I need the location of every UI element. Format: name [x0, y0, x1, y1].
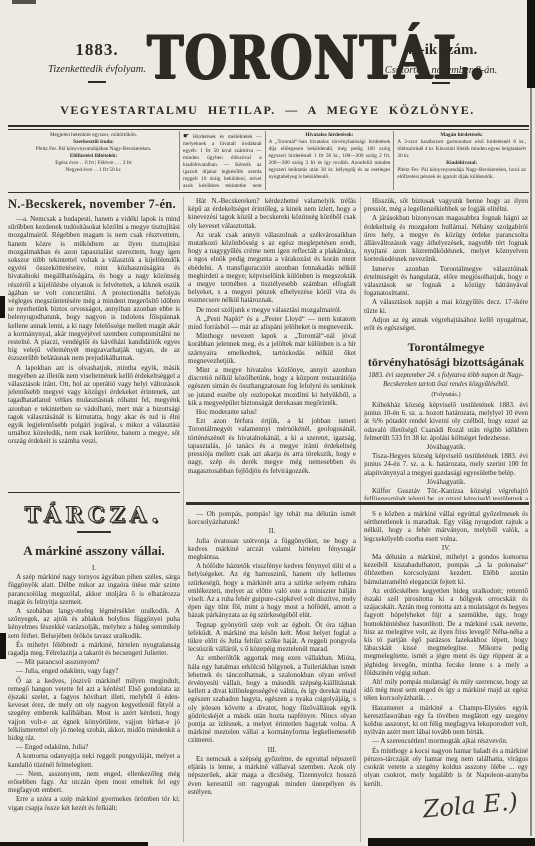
publication-schedule: Megjelen hetenkint egyszer, csütörtökön. [11, 132, 176, 139]
article-dateline: N.-Becskerek, november 7-én. [8, 197, 180, 212]
paragraph: A hófödte háztetők visszfénye kedves fén… [188, 562, 356, 619]
feuilleton-col1-paragraphs: I.A szép márkiné nagy tornyos ágyában pi… [8, 564, 180, 812]
editorial-office-label: Szerkesztői iroda: [11, 139, 176, 146]
paragraph: Minthogy nevezett lapok a „Torontál“-nál… [188, 332, 356, 365]
subscription-terms-label: Előfizetési föltételek: [11, 153, 176, 160]
feuilleton-column-3: S e közben a márkiné vállai egyúttal győ… [364, 510, 528, 844]
lead-col2-paragraphs: Hát N.-Becskereken? kérdezhetné valamely… [188, 197, 356, 475]
private-ads-box: Magán hirdetések: A 3-szor hasábozott ga… [393, 131, 529, 190]
header-rule-thick [8, 125, 529, 127]
assembly-report-heading: Torontálmegye törvényhatósági bizottságá… [366, 340, 526, 369]
paragraph: A szép márkiné nagy tornyos ágyában pihe… [8, 573, 180, 606]
editorial-office-address: Pleitz Fer. Pál könyvnyomdájában Nagy-Be… [11, 146, 176, 153]
pointing-hand-icon: ☛ [183, 132, 189, 140]
decorative-dash [432, 82, 450, 84]
masthead-info-row: Megjelen hetenkint egyszer, csütörtökön.… [8, 131, 529, 190]
scan-artifact-left-blob-1 [0, 296, 5, 318]
paragraph: A komorna odanyujtja neki reggeli pongyo… [8, 752, 180, 768]
paragraph: A választások napját a mai közgyűlés dec… [364, 298, 528, 314]
paragraph: Hisszük, sőt biztosak vagyunk benne hogy… [364, 197, 528, 213]
paragraph: Julia óvatosan szétvonja a függönyöket, … [188, 537, 356, 562]
lead-article-column-1: N.-Becskerek, november 7-én. —a. Nemcsak… [8, 197, 180, 489]
column1-section-rule [8, 492, 180, 493]
paragraph: Ismerve azonban Torontálmegye választóin… [364, 265, 528, 298]
scan-artifact-top-left-speck [12, 0, 36, 4]
column-rule-right [360, 197, 361, 842]
newspaper-subtitle: VEGYESTARTALMU HETILAP. — A MEGYE KÖZLÖN… [0, 103, 535, 118]
paragraph: Adjon az ég annak végrehajtásához kellő … [364, 316, 528, 332]
paragraph: — A szerencsétlen! mormogták ajkai részv… [364, 737, 528, 745]
paragraph: És minthogy a kocsi nagyon hamar haladt … [364, 747, 528, 788]
publisher-office-text: Pleitz Fer. Pál könyvnyomdája Nagy-Becsk… [397, 167, 526, 181]
assembly-report-subheading: 1883. évi szeptember 24. s folytatva töb… [368, 372, 524, 389]
paragraph: Ez nemcsak a szépség győzelme, de egyutt… [188, 755, 356, 796]
paragraph: Ezt azon férfura értjük, a ki jobban ism… [188, 417, 356, 474]
issue-number: 45-ik szám. [358, 42, 524, 59]
paragraph: Az emberöltők aggottak meg ezen vállakba… [188, 654, 356, 744]
paragraph: I. [8, 564, 180, 572]
subscription-box: Megjelen hetenkint egyszer, csütörtökön.… [8, 131, 179, 190]
paragraph: — Nem, asszonyom, nem enged, ellenkezőle… [8, 770, 180, 795]
paragraph: Tegnap gyönyörű szép volt az égbolt. Öt … [188, 621, 356, 654]
advertisements-notice-box: ☛ Hirdetések és mellékletek — melyeknek … [179, 131, 265, 190]
newspaper-page: 1883. Tizenkettedik évfolyam. TORONTÁL. … [0, 0, 535, 846]
tarcza-section-header: TÁRCZA. [8, 502, 180, 533]
lead-col1-paragraphs: —a. Nemcsak a budapesti, hanem a vidéki … [8, 215, 180, 446]
paragraph: A járásokban bizonyosan magasabbra fogna… [364, 214, 528, 263]
scan-artifact-top-right [527, 0, 535, 88]
feuilleton-heavy-rule [186, 502, 529, 505]
decorative-dash [88, 81, 106, 83]
paragraph: Jóváhagyatik. [364, 478, 528, 486]
paragraph: — Oh pompás, pompás! így tehát ma délutá… [188, 510, 356, 526]
masthead-bottom-rule [8, 192, 529, 193]
subscription-price-year: Egész évre . . 6 frt | Félévre . . . 3 f… [11, 160, 176, 167]
author-signature: Zola E.) [364, 787, 519, 828]
newspaper-title: TORONTÁL. [147, 28, 393, 88]
private-ads-text: A 3-szor hasábozott garmondsor első hird… [397, 139, 526, 160]
scan-artifact-left-blob-2 [0, 633, 6, 659]
paragraph: Ma délután a márkiné, mihelyt a gondos k… [364, 553, 528, 586]
paragraph: S e közben a márkiné vállai egyúttal győ… [364, 510, 528, 543]
scan-artifact-bottom-left [0, 842, 148, 846]
paragraph: Küffer Gusztáv Tör.-Kanizsa községi végr… [364, 487, 528, 500]
paragraph: Az erdőcskében kegyetlen hideg uralkodot… [364, 587, 528, 677]
tarcza-title: TÁRCZA. [25, 502, 164, 527]
paragraph: — Julia, enged odakünn, vagy fagy? [8, 667, 180, 675]
scan-artifact-bottom-right [368, 838, 535, 846]
scan-artifact-right-edge [530, 88, 532, 836]
paragraph: A szobában langy-meleg légmérséklet ural… [8, 607, 180, 640]
feuilleton-col2-paragraphs: — Oh pompás, pompás! így tehát ma délutá… [188, 510, 356, 796]
lead-article-column-2: Hát N.-Becskereken? kérdezhetné valamely… [188, 197, 356, 500]
paragraph: — Enged odakünn, Julia? [8, 743, 180, 751]
paragraph: II. [188, 527, 356, 535]
official-ads-text: A „Torontál“-ban hivatalos törvényhatósá… [269, 139, 391, 181]
feuilleton-column-1: TÁRCZA. A márkiné asszony vállai. I.A sz… [8, 496, 180, 844]
tarcza-ornament [77, 531, 111, 533]
paragraph: És mihelyt félébredt a márkiné, hirtelen… [8, 641, 180, 657]
paragraph: III. [188, 746, 356, 754]
paragraph: Mint a megye hivatalos közlönye, annyit … [188, 366, 356, 407]
feuilleton-column-2: — Oh pompás, pompás! így tehát ma délutá… [188, 510, 356, 844]
paragraph: A „Pesti Napló“ és a „Pester Lloyd“ — ne… [188, 315, 356, 331]
official-ads-heading: Hivatalos hirdetések: [269, 132, 391, 139]
paragraph: A lapokban azt is olvashatjuk, mintha eg… [8, 364, 180, 446]
header-right-block: 45-ik szám. Csütörtök, november 8-án. [358, 42, 524, 84]
continuation-note: (Folytatás.) [364, 391, 528, 398]
paragraph: Jóváhagyatik. [364, 443, 528, 451]
subscription-price-quarter: Negyed évre . . 1 frt 50 kr. [11, 167, 176, 174]
private-ads-heading: Magán hirdetések: [397, 132, 526, 139]
header-rule-thin [8, 129, 529, 130]
paragraph: Hoc moderante salus! [188, 408, 356, 416]
assembly-minutes-paragraphs: Kübekház község képviselő testületének 1… [364, 401, 528, 500]
paragraph: IV. [364, 544, 528, 552]
issue-date: Csütörtök, november 8-án. [358, 65, 524, 76]
paragraph: Hazamenet a márkiné a Champs-Elysées egy… [364, 704, 528, 737]
paragraph: Ah! mily pompás mulatság! és mily szeren… [364, 678, 528, 703]
official-ads-box: Hivatalos hirdetések: A „Torontál“-ban h… [265, 131, 394, 190]
paragraph: Hát N.-Becskereken? kérdezhetné valamely… [188, 197, 356, 230]
lead-col3-paragraphs: Hisszük, sőt biztosak vagyunk benne hogy… [364, 197, 528, 332]
paragraph: Az urak csak annyit válaszolnak a székvá… [188, 231, 356, 305]
paragraph: Ő az a kedves, jószivű márkiné! milyen m… [8, 677, 180, 743]
lead-article-column-3: Hisszük, sőt biztosak vagyunk benne hogy… [364, 197, 528, 500]
publisher-office-heading: Kiadóhivatal: [397, 160, 526, 167]
column-rule-left [183, 197, 184, 842]
paragraph: Tisza-Hegyes község képviselő testületén… [364, 452, 528, 477]
advertisements-notice-text: Hirdetések és mellékletek — melyeknek a … [183, 134, 262, 190]
paragraph: — Mit parancsol asszonyom? [8, 658, 180, 666]
paragraph: Erre a szóra a szép márkiné gyermekes ör… [8, 795, 180, 811]
paragraph: —a. Nemcsak a budapesti, hanem a vidéki … [8, 215, 180, 363]
feuilleton-col3-paragraphs: S e közben a márkiné vállai egyúttal győ… [364, 510, 528, 788]
paragraph: Kübekház község képviselő testületének 1… [364, 401, 528, 442]
story-title: A márkiné asszony vállai. [8, 543, 180, 559]
paragraph: De most szóljunk e megye választási mozg… [188, 306, 356, 314]
